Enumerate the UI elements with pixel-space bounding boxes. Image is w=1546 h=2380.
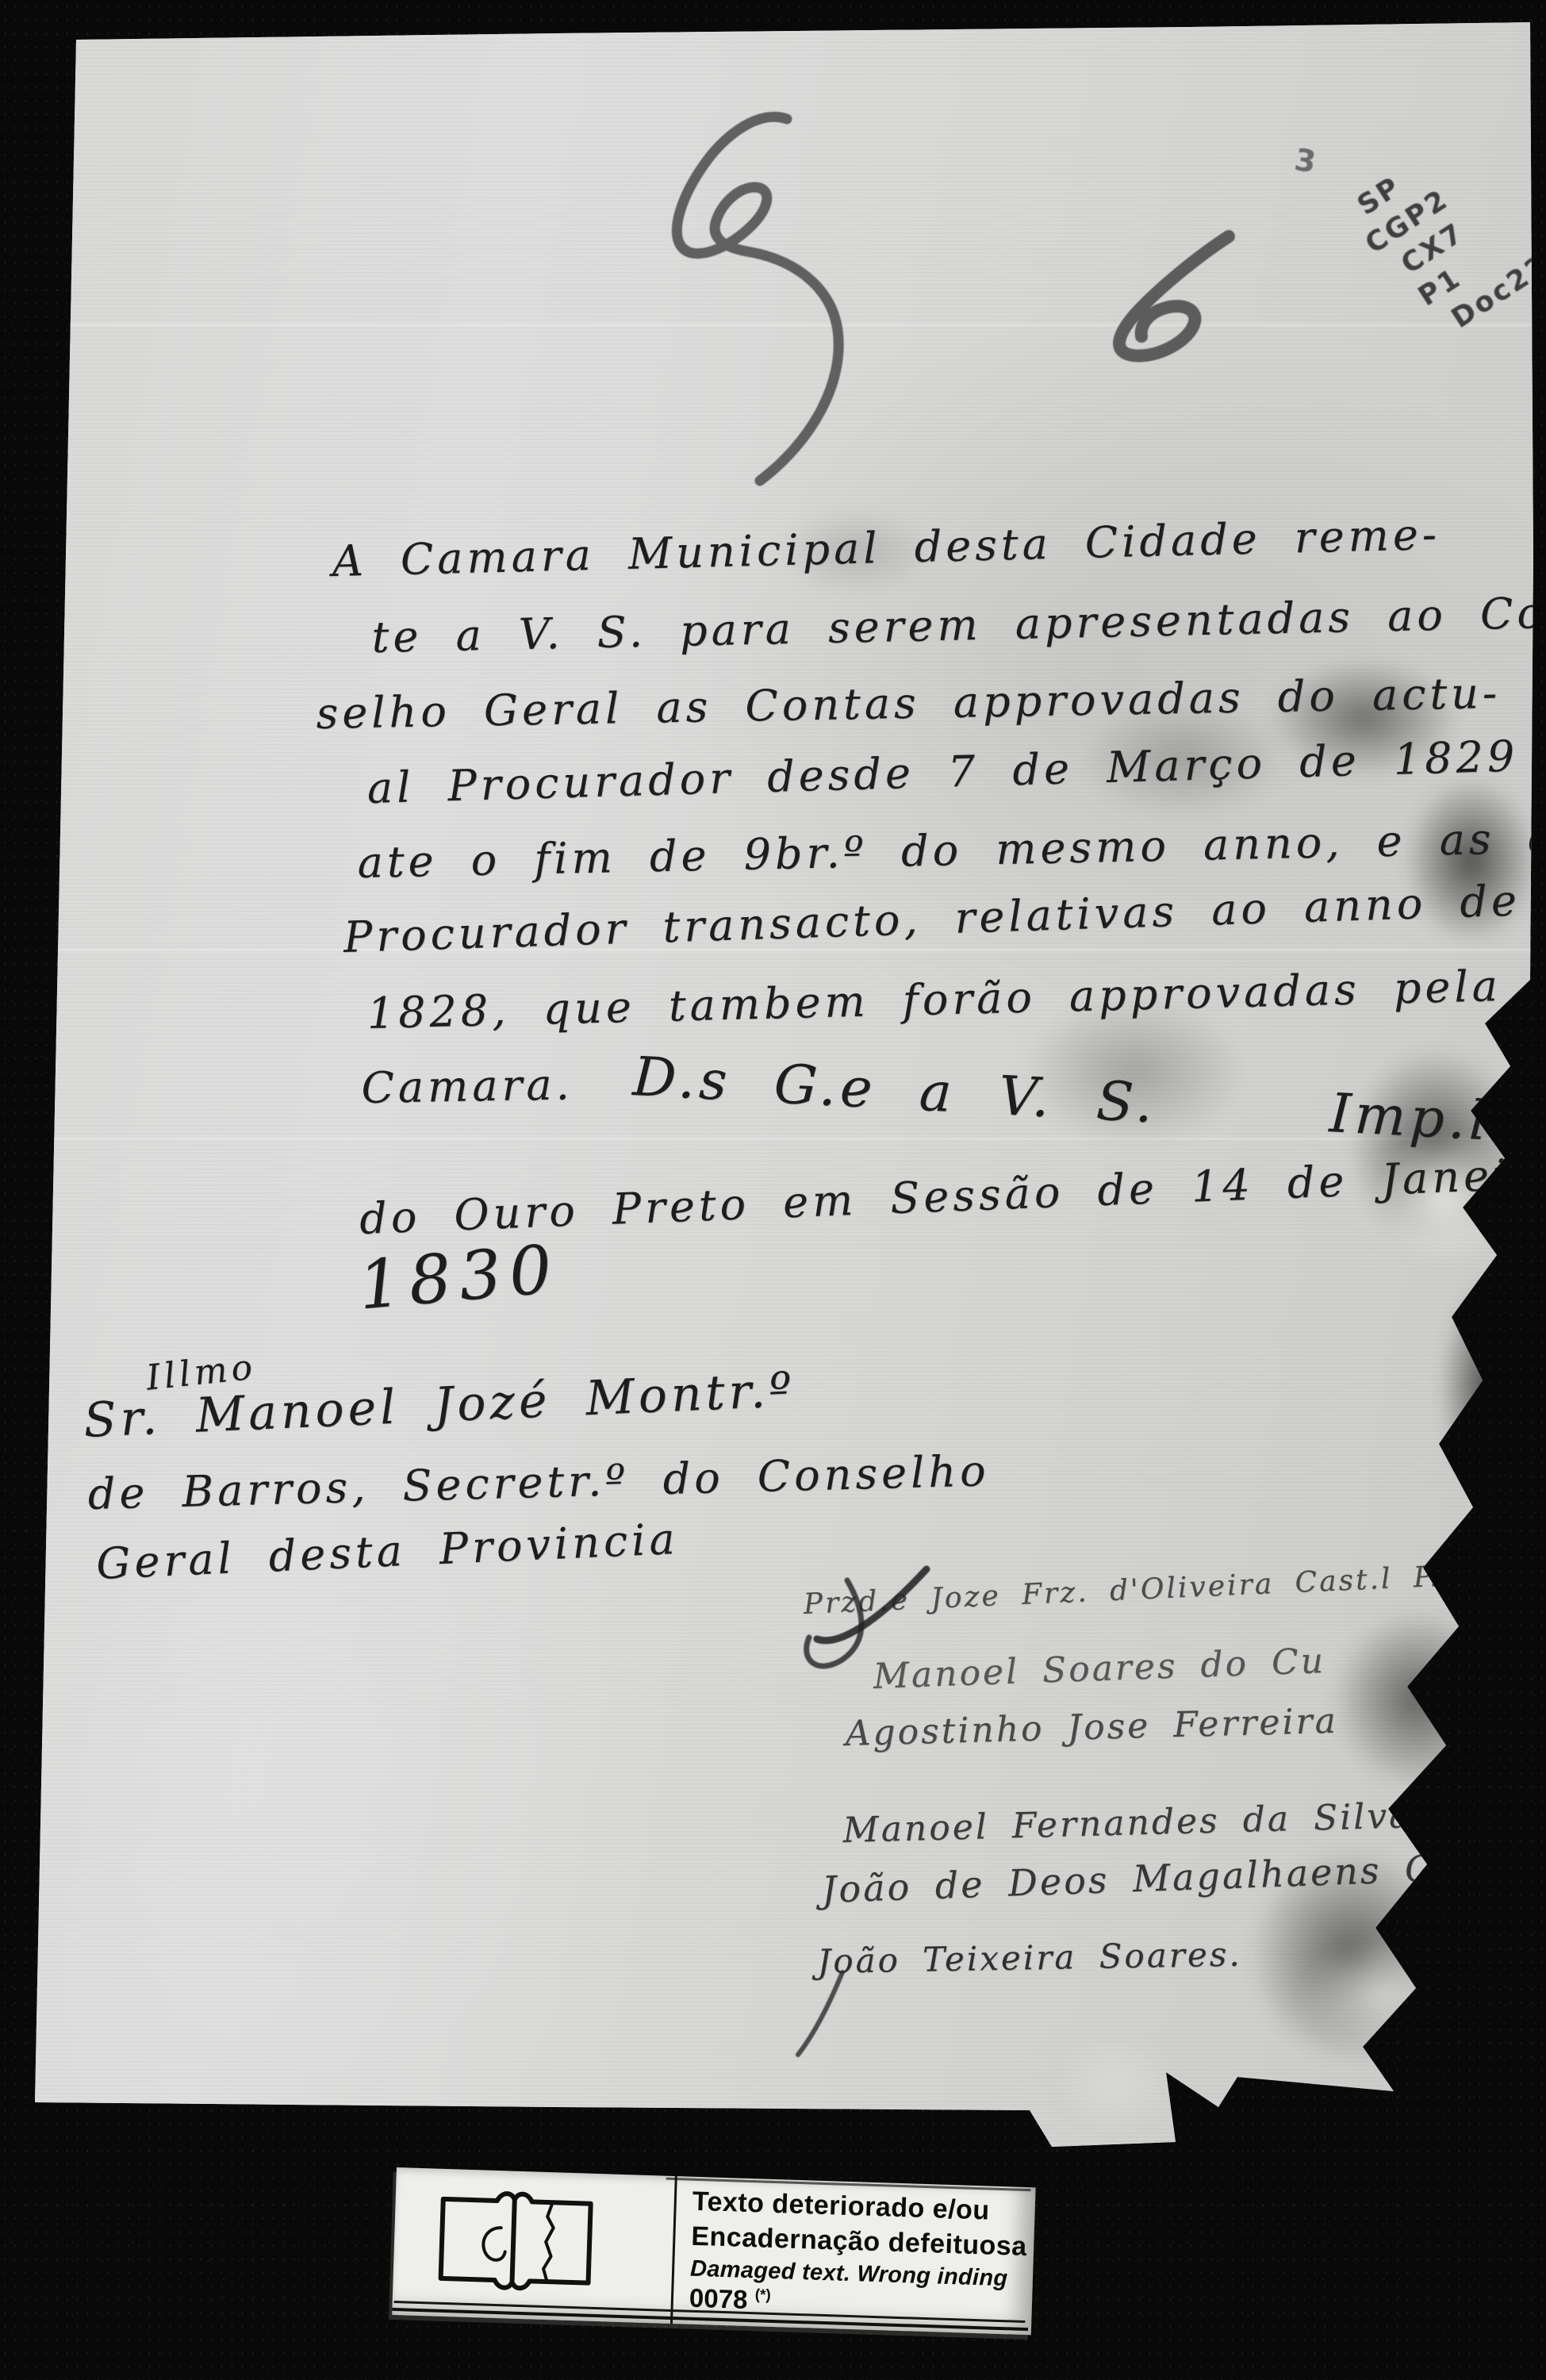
document-page: 3 SP CGP2 CX7 P1 Doc22 A Camara Municipa…	[0, 0, 1546, 2380]
label-text-pt-2: Encadernação defeituosa	[691, 2221, 1027, 2263]
condition-label: Texto deteriorado e/ou Encadernação defe…	[392, 2167, 1035, 2335]
archival-code: SP CGP2 CX7 P1 Doc22	[1345, 125, 1546, 350]
signature-descender-stroke	[798, 1972, 842, 2055]
signature: Agostinho Jose Ferreira	[845, 1701, 1338, 1754]
letter-line: al Procurador desde 7 de Março de 1829	[366, 731, 1519, 813]
pencil-mark-3-small: 3	[1292, 141, 1321, 181]
letter-line: Camara.	[361, 1059, 574, 1113]
letter-line-dateline: do Ouro Preto em Sessão de 14 de Janeiro…	[359, 1144, 1546, 1244]
pencil-mark-3	[677, 117, 838, 481]
label-divider	[670, 2176, 677, 2324]
address-line: Geral desta Provincia	[95, 1514, 680, 1589]
letter-line: te a V. S. para serem apresentadas ao Co…	[371, 587, 1546, 662]
label-text-pt-1: Texto deteriorado e/ou	[692, 2186, 990, 2227]
torn-paper-patch	[1301, 1936, 1467, 2055]
signature: Przd.e Joze Frz. d'Oliveira Cast.l P.ta	[803, 1559, 1475, 1621]
signature: Manoel Fernandes da Silva	[842, 1795, 1413, 1851]
damaged-book-icon	[431, 2186, 600, 2296]
address-line: de Barros, Secretr.º do Conselho	[87, 1445, 990, 1519]
pencil-mark-6	[1119, 236, 1229, 355]
signature: João Teixeira Soares.	[817, 1935, 1242, 1981]
letter-line: ate o fim de 9br.º do mesmo anno, e as d…	[357, 812, 1546, 888]
letter-line-year: 1830	[355, 1230, 562, 1325]
paper-crease	[0, 324, 1546, 326]
label-number-row: 0078 (*)	[689, 2283, 771, 2316]
torn-paper-patch	[1055, 2031, 1174, 2134]
damage-stain	[1333, 1610, 1503, 1789]
signature: Manoel Soares do Cu	[873, 1641, 1326, 1697]
label-footnote-mark: (*)	[754, 2286, 771, 2304]
label-number: 0078	[689, 2283, 748, 2314]
paper-crease	[0, 949, 1546, 951]
scanned-document-image: 3 SP CGP2 CX7 P1 Doc22 A Camara Municipa…	[0, 0, 1546, 2380]
letter-line: 1828, que tambem forão approvadas pela	[366, 961, 1502, 1038]
damage-stain	[1440, 1277, 1543, 1499]
